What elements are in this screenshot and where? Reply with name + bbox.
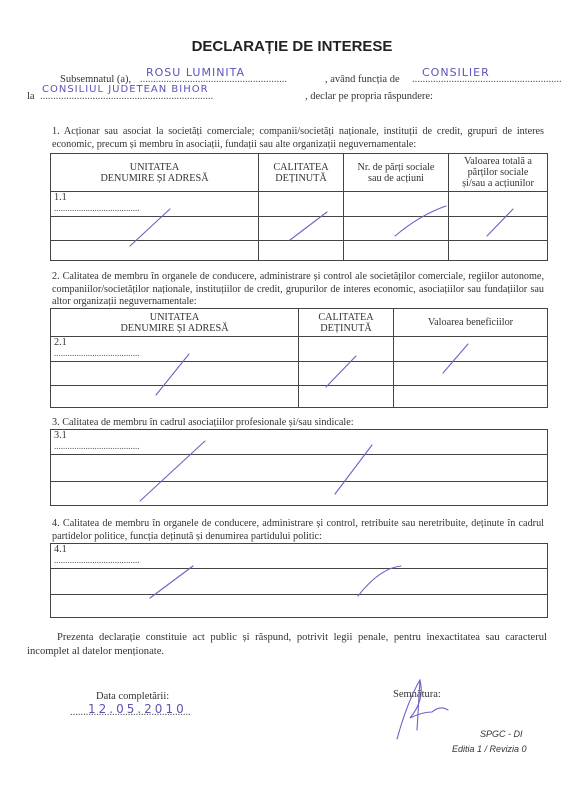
cancel-stroke-icon bbox=[130, 209, 170, 246]
cancel-stroke-icon bbox=[140, 441, 205, 501]
cancel-stroke-icon bbox=[335, 445, 372, 494]
signature-icon bbox=[417, 680, 420, 730]
cancel-stroke-icon bbox=[150, 566, 193, 598]
handwritten-strokes bbox=[0, 0, 584, 810]
cancel-stroke-icon bbox=[290, 212, 327, 240]
cancel-stroke-icon bbox=[358, 566, 401, 596]
cancel-stroke-icon bbox=[487, 209, 513, 236]
cancel-stroke-icon bbox=[395, 206, 446, 236]
signature-icon bbox=[397, 680, 448, 739]
cancel-stroke-icon bbox=[326, 356, 356, 387]
cancel-stroke-icon bbox=[156, 354, 189, 395]
cancel-stroke-icon bbox=[443, 344, 468, 373]
